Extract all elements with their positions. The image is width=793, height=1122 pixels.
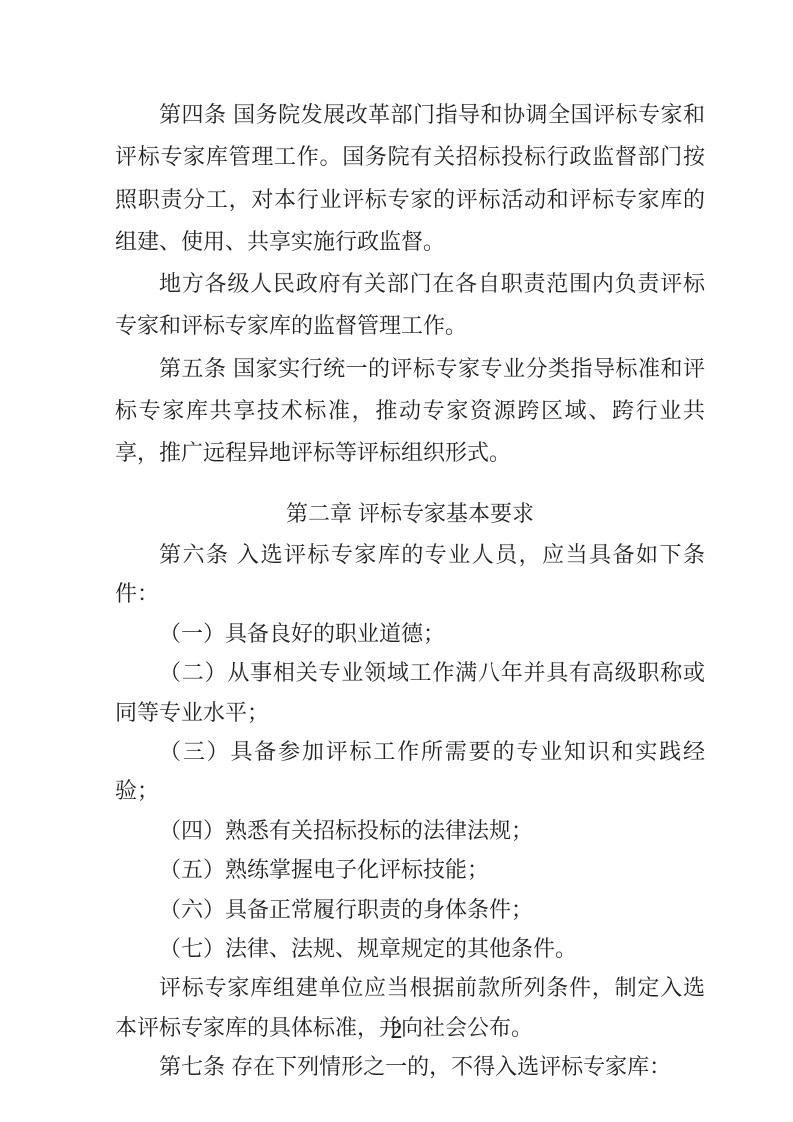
paragraph-local-governments: 地方各级人民政府有关部门在各自职责范围内负责评标专家和评标专家库的监督管理工作。 — [115, 263, 705, 348]
section-chapter-one-tail: 第四条 国务院发展改革部门指导和协调全国评标专家和评标专家库管理工作。国务院有关… — [115, 94, 705, 475]
document-page: 第四条 国务院发展改革部门指导和协调全国评标专家和评标专家库管理工作。国务院有关… — [0, 0, 793, 1122]
list-item-1: （一）具备良好的职业道德； — [115, 614, 705, 653]
paragraph-article-5: 第五条 国家实行统一的评标专家专业分类指导标准和评标专家库共享技术标准，推动专家… — [115, 348, 705, 475]
list-item-4: （四）熟悉有关招标投标的法律法规； — [115, 811, 705, 850]
list-item-2: （二）从事相关专业领域工作满八年并具有高级职称或同等专业水平； — [115, 653, 705, 732]
page-number: 2 — [0, 1017, 793, 1045]
section-chapter-two: 第六条 入选评标专家库的专业人员，应当具备如下条件： （一）具备良好的职业道德；… — [115, 535, 705, 1087]
page-content: 第四条 国务院发展改革部门指导和协调全国评标专家和评标专家库管理工作。国务院有关… — [115, 0, 705, 1087]
list-item-5: （五）熟练掌握电子化评标技能； — [115, 850, 705, 889]
paragraph-article-4: 第四条 国务院发展改革部门指导和协调全国评标专家和评标专家库管理工作。国务院有关… — [115, 94, 705, 263]
list-item-3: （三）具备参加评标工作所需要的专业知识和实践经验； — [115, 732, 705, 811]
list-item-7: （七）法律、法规、规章规定的其他条件。 — [115, 929, 705, 968]
chapter-heading: 第二章 评标专家基本要求 — [115, 493, 705, 535]
paragraph-article-6: 第六条 入选评标专家库的专业人员，应当具备如下条件： — [115, 535, 705, 614]
list-item-6: （六）具备正常履行职责的身体条件； — [115, 890, 705, 929]
paragraph-article-7: 第七条 存在下列情形之一的，不得入选评标专家库： — [115, 1047, 705, 1086]
